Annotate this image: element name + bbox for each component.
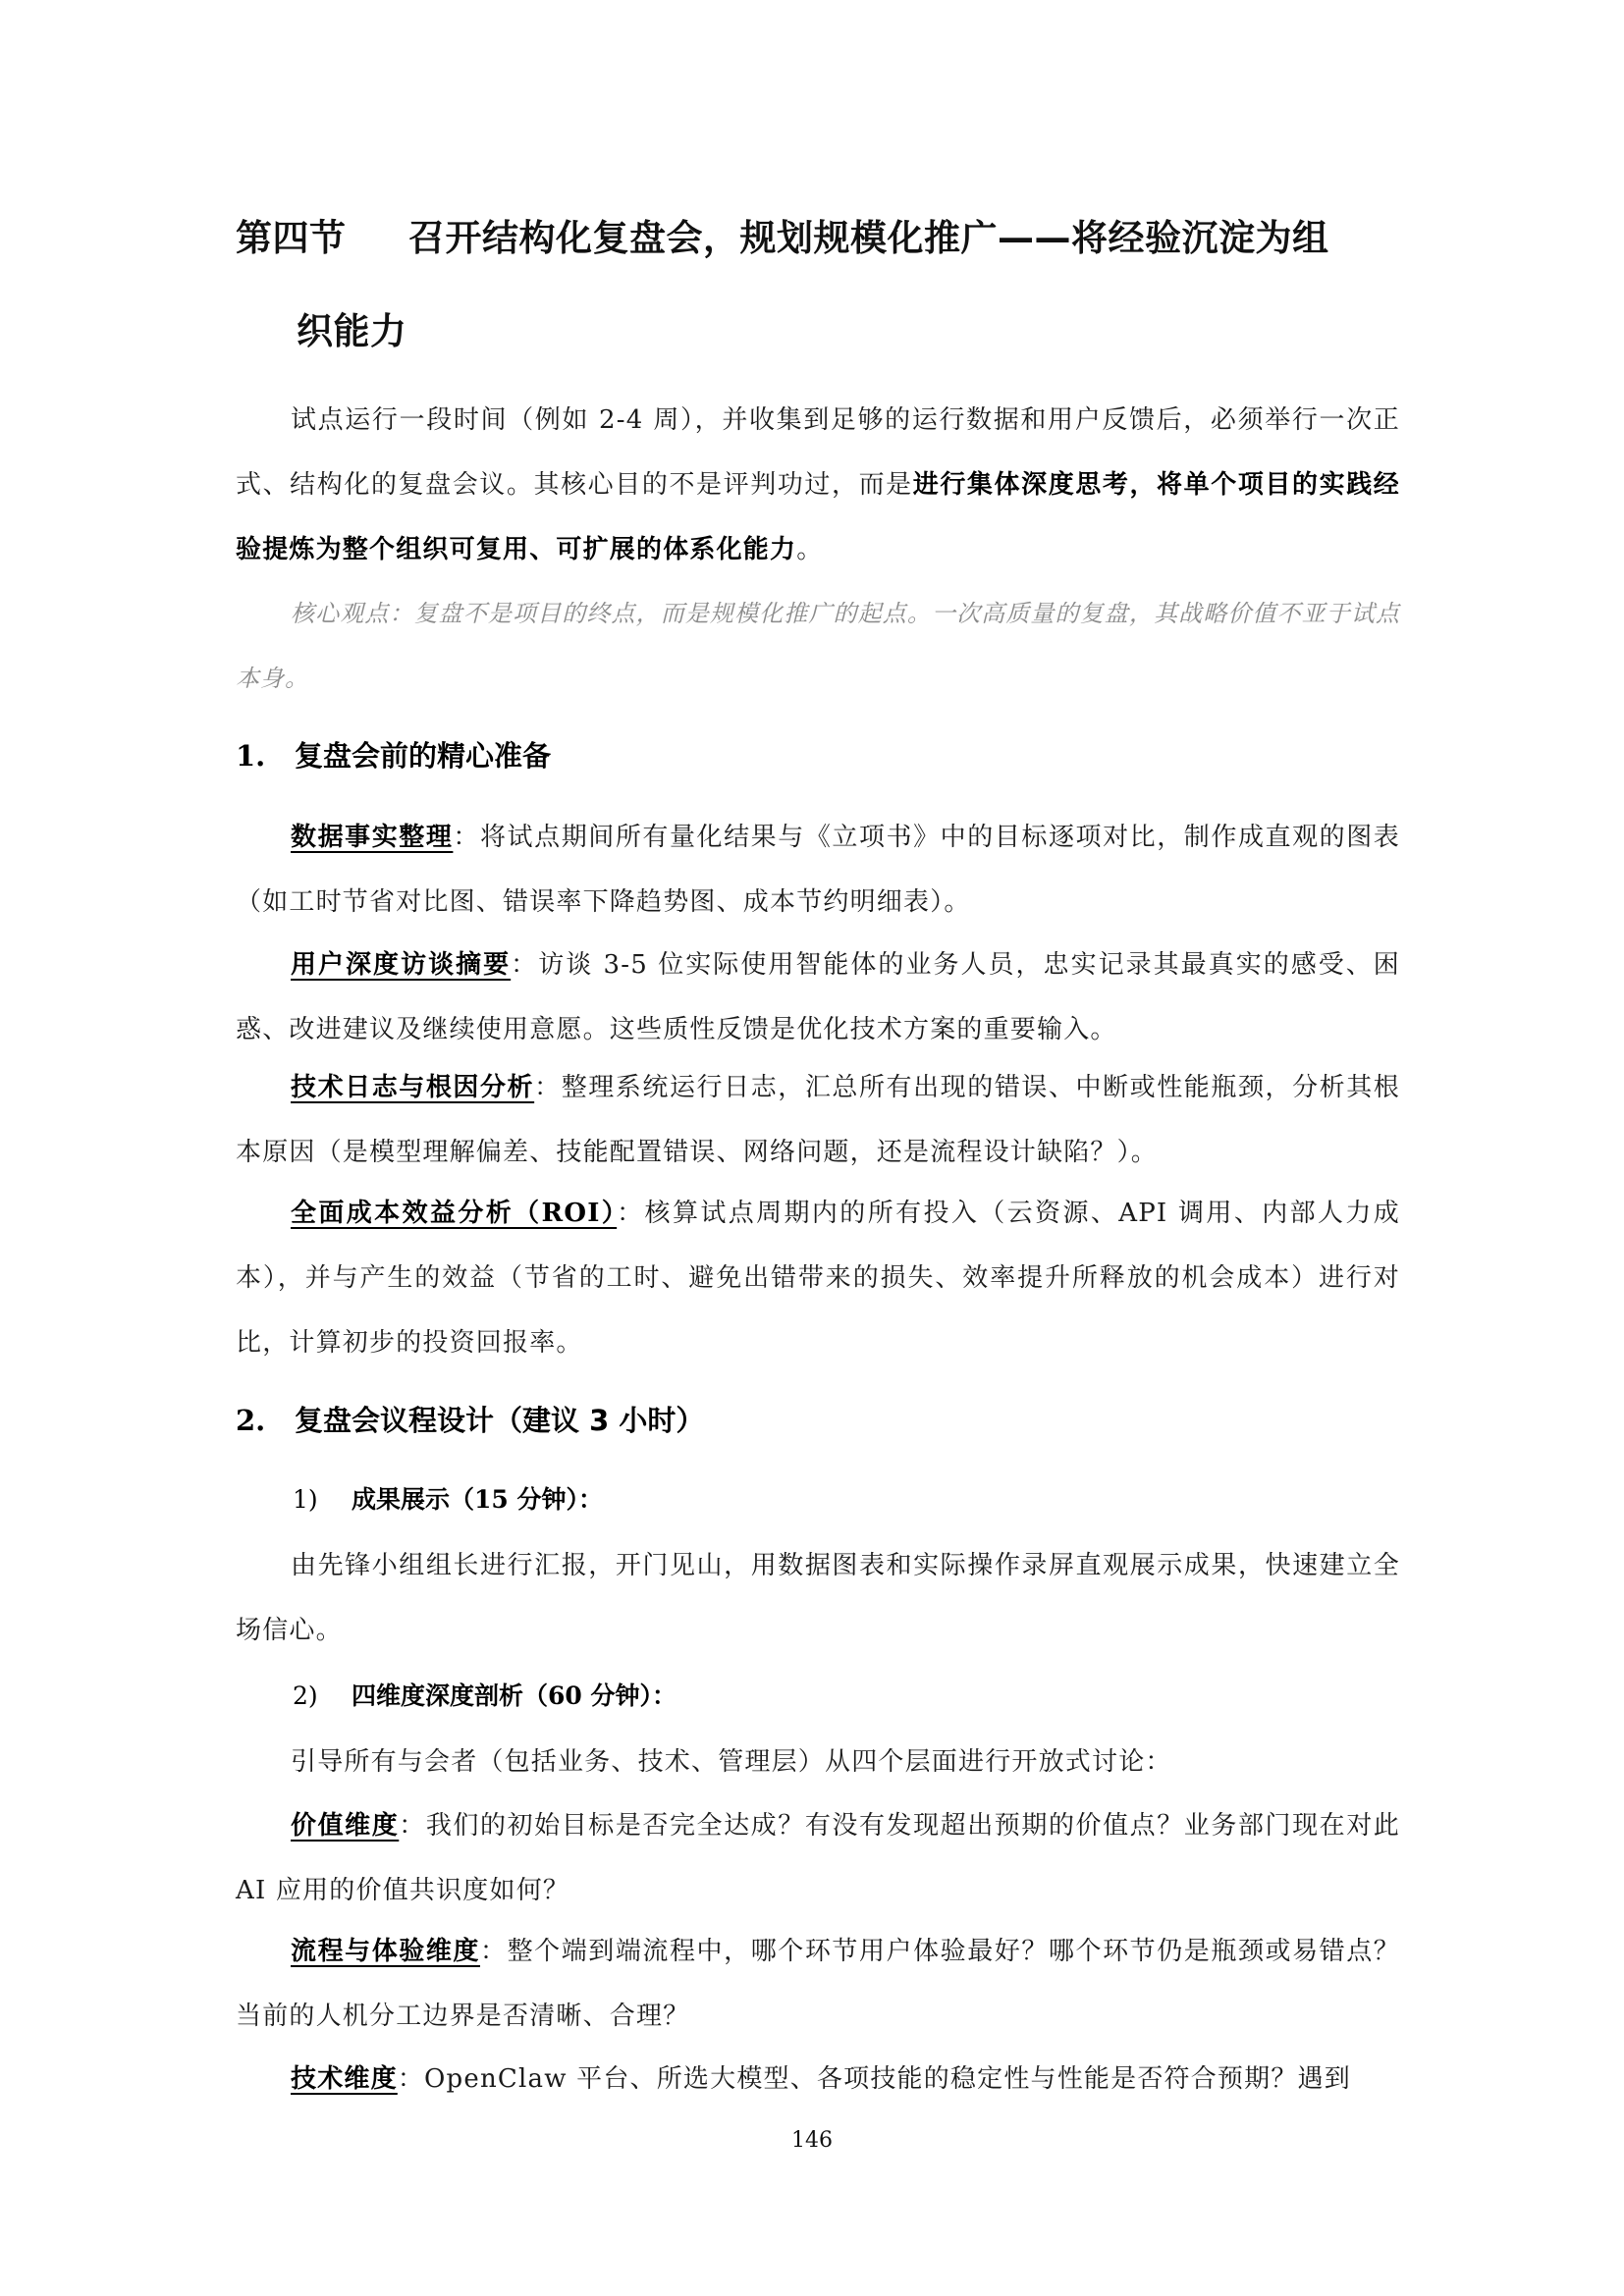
- prep-item-data-facts: 数据事实整理：将试点期间所有量化结果与《立项书》中的目标逐项对比，制作成直观的图…: [236, 805, 1400, 934]
- agenda-item-analysis: 2)四维度深度剖析（60 分钟）：: [293, 1677, 677, 1712]
- agenda-item-title: 成果展示（15 分钟）：: [352, 1485, 603, 1514]
- section-title-text: 召开结构化复盘会，规划规模化推广——将经验沉淀为组: [408, 217, 1329, 259]
- dimension-text: ：OpenClaw 平台、所选大模型、各项技能的稳定性与性能是否符合预期？遇到: [398, 2064, 1351, 2094]
- prep-item-tech-logs: 技术日志与根因分析：整理系统运行日志，汇总所有出现的错误、中断或性能瓶颈，分析其…: [236, 1055, 1400, 1185]
- prep-term: 技术日志与根因分析: [291, 1073, 534, 1102]
- prep-term: 用户深度访谈摘要: [291, 950, 511, 980]
- agenda-item-number: 2): [293, 1682, 352, 1710]
- dimension-term: 流程与体验维度: [291, 1937, 480, 1966]
- intro-end: 。: [796, 535, 823, 564]
- section-number: 第四节: [236, 208, 408, 261]
- agenda-item-title: 四维度深度剖析（60 分钟）：: [352, 1682, 677, 1710]
- section-title-line1: 第四节召开结构化复盘会，规划规模化推广——将经验沉淀为组: [236, 208, 1329, 261]
- dimension-technical: 技术维度：OpenClaw 平台、所选大模型、各项技能的稳定性与性能是否符合预期…: [236, 2047, 1400, 2111]
- dimension-term: 技术维度: [291, 2064, 398, 2094]
- dimension-text: ：我们的初始目标是否完全达成？有没有发现超出预期的价值点？业务部门现在对此 AI…: [236, 1811, 1400, 1905]
- heading-agenda-number: 2.: [236, 1404, 295, 1437]
- section-title-line2: 织能力: [297, 301, 407, 354]
- agenda-item-results: 1)成果展示（15 分钟）：: [293, 1480, 603, 1516]
- prep-term: 全面成本效益分析（ROI）: [291, 1199, 617, 1228]
- heading-agenda-title: 复盘会议程设计（建议 3 小时）: [295, 1404, 704, 1437]
- heading-prep: 1.复盘会前的精心准备: [236, 734, 551, 774]
- heading-prep-number: 1.: [236, 739, 295, 773]
- agenda-item-analysis-desc: 引导所有与会者（包括业务、技术、管理层）从四个层面进行开放式讨论：: [236, 1730, 1400, 1794]
- page-number: 146: [0, 2128, 1624, 2153]
- prep-item-user-interviews: 用户深度访谈摘要：访谈 3-5 位实际使用智能体的业务人员，忠实记录其最真实的感…: [236, 933, 1400, 1062]
- dimension-process-experience: 流程与体验维度：整个端到端流程中，哪个环节用户体验最好？哪个环节仍是瓶颈或易错点…: [236, 1919, 1400, 2049]
- prep-item-roi: 全面成本效益分析（ROI）：核算试点周期内的所有投入（云资源、API 调用、内部…: [236, 1181, 1400, 1375]
- agenda-item-results-desc: 由先锋小组组长进行汇报，开门见山，用数据图表和实际操作录屏直观展示成果，快速建立…: [236, 1533, 1400, 1663]
- core-view-quote: 核心观点：复盘不是项目的终点，而是规模化推广的起点。一次高质量的复盘，其战略价值…: [236, 581, 1400, 711]
- heading-agenda: 2.复盘会议程设计（建议 3 小时）: [236, 1399, 704, 1439]
- dimension-term: 价值维度: [291, 1811, 399, 1841]
- prep-term: 数据事实整理: [291, 823, 453, 852]
- intro-paragraph: 试点运行一段时间（例如 2-4 周），并收集到足够的运行数据和用户反馈后，必须举…: [236, 388, 1400, 582]
- heading-prep-title: 复盘会前的精心准备: [295, 739, 551, 773]
- dimension-value: 价值维度：我们的初始目标是否完全达成？有没有发现超出预期的价值点？业务部门现在对…: [236, 1793, 1400, 1923]
- agenda-item-number: 1): [293, 1485, 352, 1514]
